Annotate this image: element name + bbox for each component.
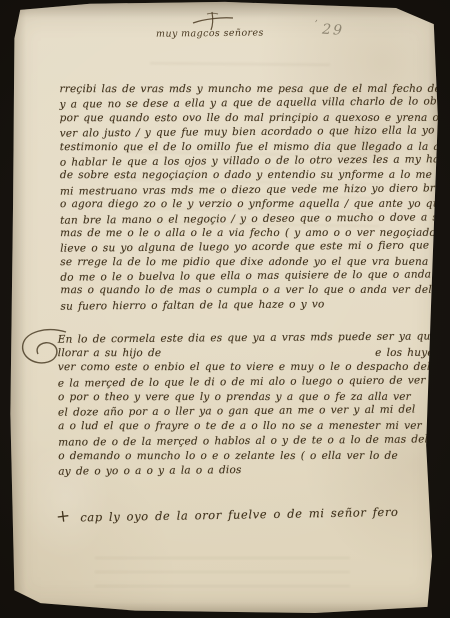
manuscript-text-line: mano de o de la merçed o hablos al o y d… xyxy=(58,432,434,450)
line-left-segment: llorar a su hijo de xyxy=(58,346,162,361)
manuscript-text-line: su fuero hierro o faltan de la que haze … xyxy=(60,296,434,314)
folio-number: ’29 xyxy=(313,19,344,39)
manuscript-text-line: o agora diego zo o le y verzio o ynforme… xyxy=(60,197,434,212)
ink-showthrough xyxy=(150,51,330,75)
photo-background: muy magcos señores ’29 rreçibi las de vr… xyxy=(0,0,450,618)
manuscript-page: muy magcos señores ’29 rreçibi las de vr… xyxy=(0,0,450,618)
salutation-text: muy magcos señores xyxy=(156,27,286,39)
manuscript-text-line: llorar a su hijo de e los huye xyxy=(58,346,434,361)
manuscript-text-line: tan bre la mano o el negoçio / y o deseo… xyxy=(60,210,434,228)
manuscript-text-line: ay de o yo o a o y a la o a dios xyxy=(58,462,434,480)
manuscript-text-line: a o lud el que o frayre o te de a o llo … xyxy=(58,419,434,434)
manuscript-text-line: lieve o su yo alguna de luego yo acorde … xyxy=(60,239,434,257)
paragraph-2-rest: ver como este o enbio el que to viere e … xyxy=(58,360,435,479)
paragraph-2: En lo de cormela este dia es que ya a vr… xyxy=(58,330,435,479)
manuscript-text-line: En lo de cormela este dia es que ya a vr… xyxy=(58,329,434,347)
manuscript-text-line: de sobre esta negoçiaçion o dado y enten… xyxy=(60,168,434,183)
manuscript-text-line: e la merçed de lo que le di o de mi alo … xyxy=(58,373,434,391)
cross-icon: + xyxy=(55,508,71,527)
manuscript-text-line: ver alo justo / y que fue muy bien acord… xyxy=(60,124,434,142)
line-right-segment: e los huye xyxy=(375,346,434,361)
ink-showthrough xyxy=(95,552,350,596)
paragraph-1: rreçibi las de vras mds y muncho me pesa… xyxy=(59,81,434,313)
folio-number-value: 29 xyxy=(322,22,345,39)
dateline-text: cap ly oyo de la oror fuelve o de mi señ… xyxy=(80,504,398,524)
manuscript-text-line: y a que no se dese a ella y a que de aqu… xyxy=(60,95,434,113)
dateline: + cap ly oyo de la oror fuelve o de mi s… xyxy=(56,503,376,526)
folio-tick-mark: ’ xyxy=(314,19,320,30)
manuscript-text-line: mas o quando lo de mas o cumpla o a ver … xyxy=(60,283,434,298)
